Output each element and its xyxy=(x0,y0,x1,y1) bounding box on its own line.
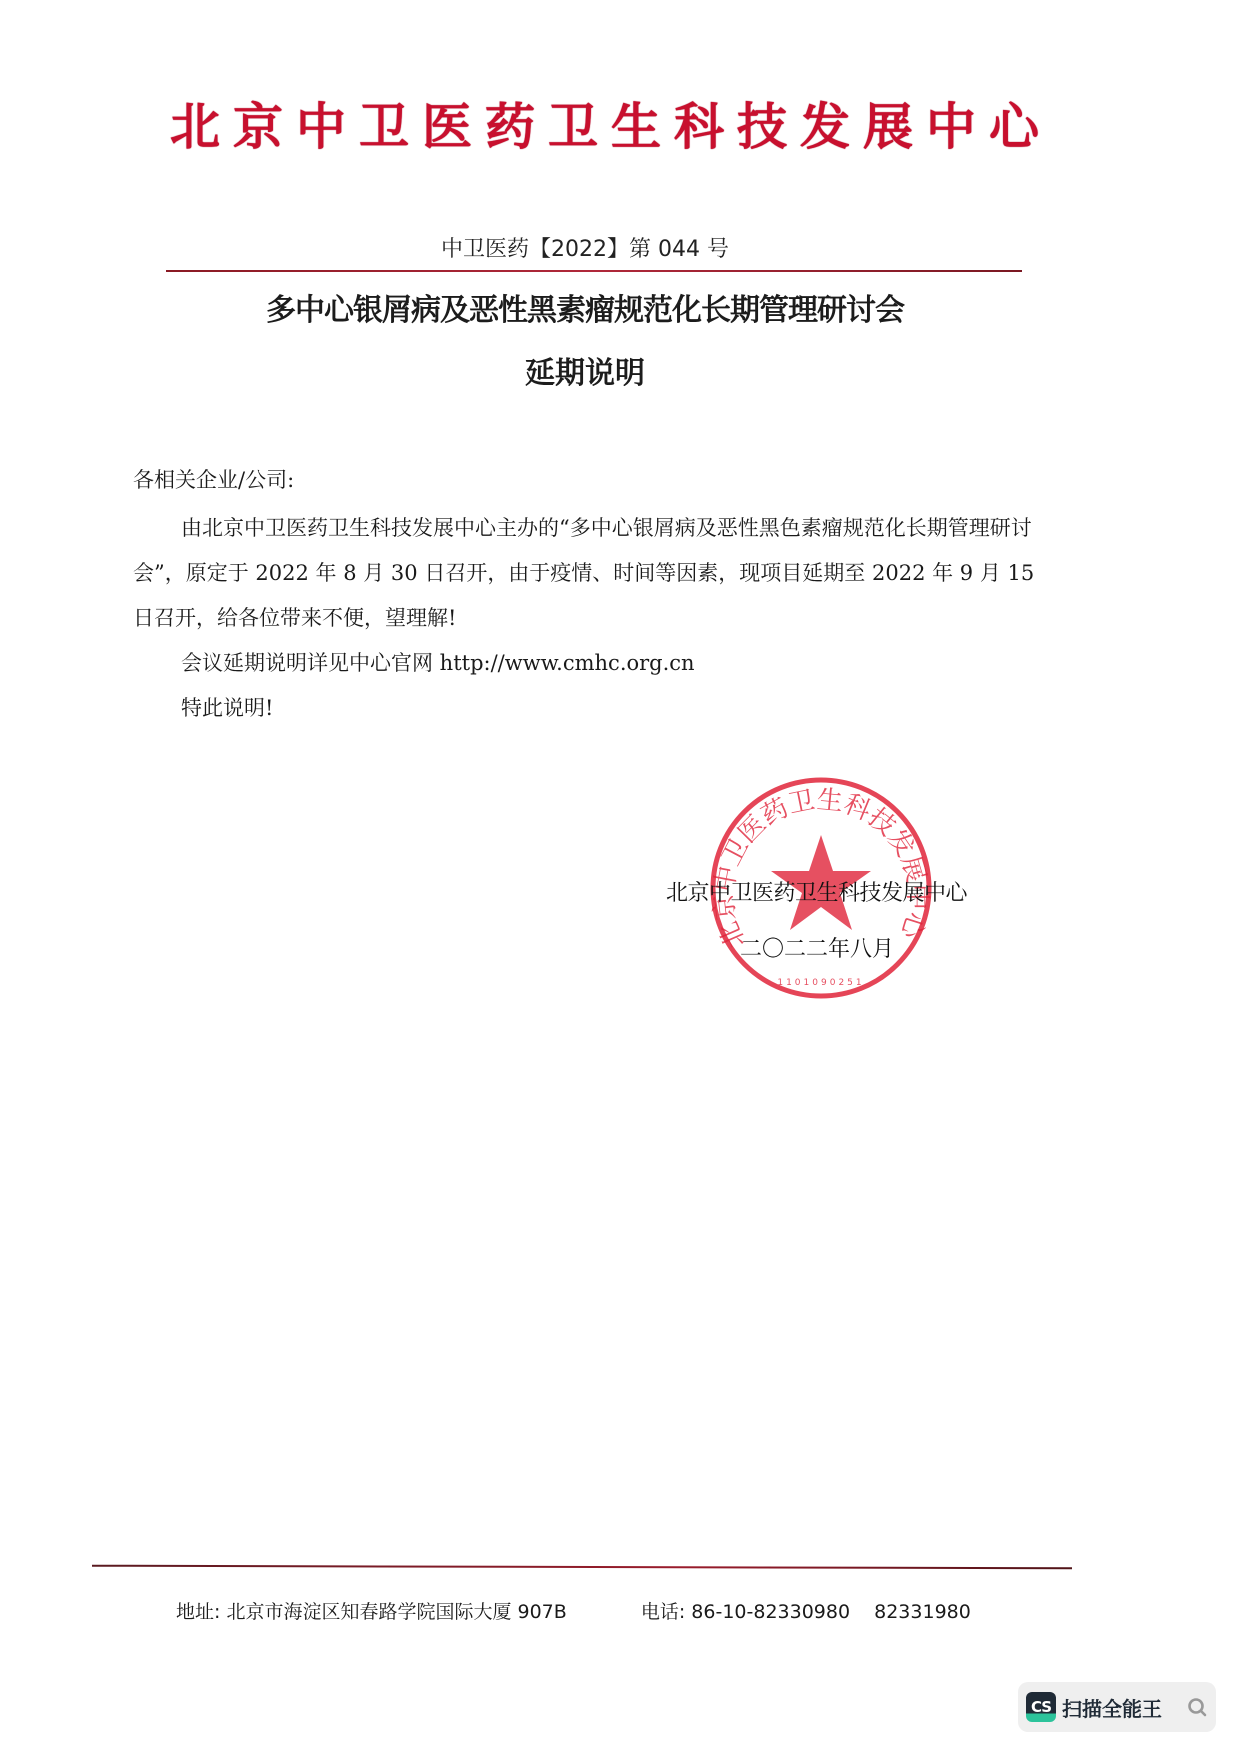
document-subtitle: 延期说明 xyxy=(0,348,1170,392)
phone-primary: 86-10-82330980 xyxy=(691,1601,850,1623)
svg-text:1101090251: 1101090251 xyxy=(777,978,864,988)
document-body: 各相关企业/公司: 由北京中卫医药卫生科技发展中心主办的“多中心银屑病及恶性黑色… xyxy=(133,458,1043,731)
salutation: 各相关企业/公司: xyxy=(133,458,1043,503)
red-divider-bottom xyxy=(92,1565,1072,1570)
body-paragraph-closing: 特此说明! xyxy=(133,686,1043,731)
phone-secondary: 82331980 xyxy=(874,1601,971,1623)
document-title: 多中心银屑病及恶性黑素瘤规范化长期管理研讨会 xyxy=(0,285,1170,329)
letterhead-org-name: 北京中卫医药卫生科技发展中心 xyxy=(170,92,1010,162)
signature-org: 北京中卫医药卫生科技发展中心 xyxy=(666,876,967,907)
document-number: 中卫医药【2022】第 044 号 xyxy=(0,232,1170,263)
body-paragraph-website: 会议延期说明详见中心官网 http://www.cmhc.org.cn xyxy=(133,641,1043,686)
phone-label: 电话: xyxy=(641,1601,685,1623)
address-value: 北京市海淀区知春路学院国际大厦 907B xyxy=(226,1601,566,1623)
search-icon[interactable] xyxy=(1186,1696,1208,1718)
signature-date: 二〇二二年八月 xyxy=(740,932,894,963)
footer-contact: 地址: 北京市海淀区知春路学院国际大厦 907B 电话: 86-10-82330… xyxy=(176,1597,971,1624)
camscanner-app-name: 扫描全能王 xyxy=(1062,1693,1162,1722)
red-divider-top xyxy=(166,270,1022,272)
address-label: 地址: xyxy=(176,1601,220,1623)
body-paragraph-main: 由北京中卫医药卫生科技发展中心主办的“多中心银屑病及恶性黑色素瘤规范化长期管理研… xyxy=(133,506,1043,641)
camscanner-logo-icon: CS xyxy=(1026,1692,1056,1722)
camscanner-watermark[interactable]: CS 扫描全能王 xyxy=(1018,1682,1216,1732)
